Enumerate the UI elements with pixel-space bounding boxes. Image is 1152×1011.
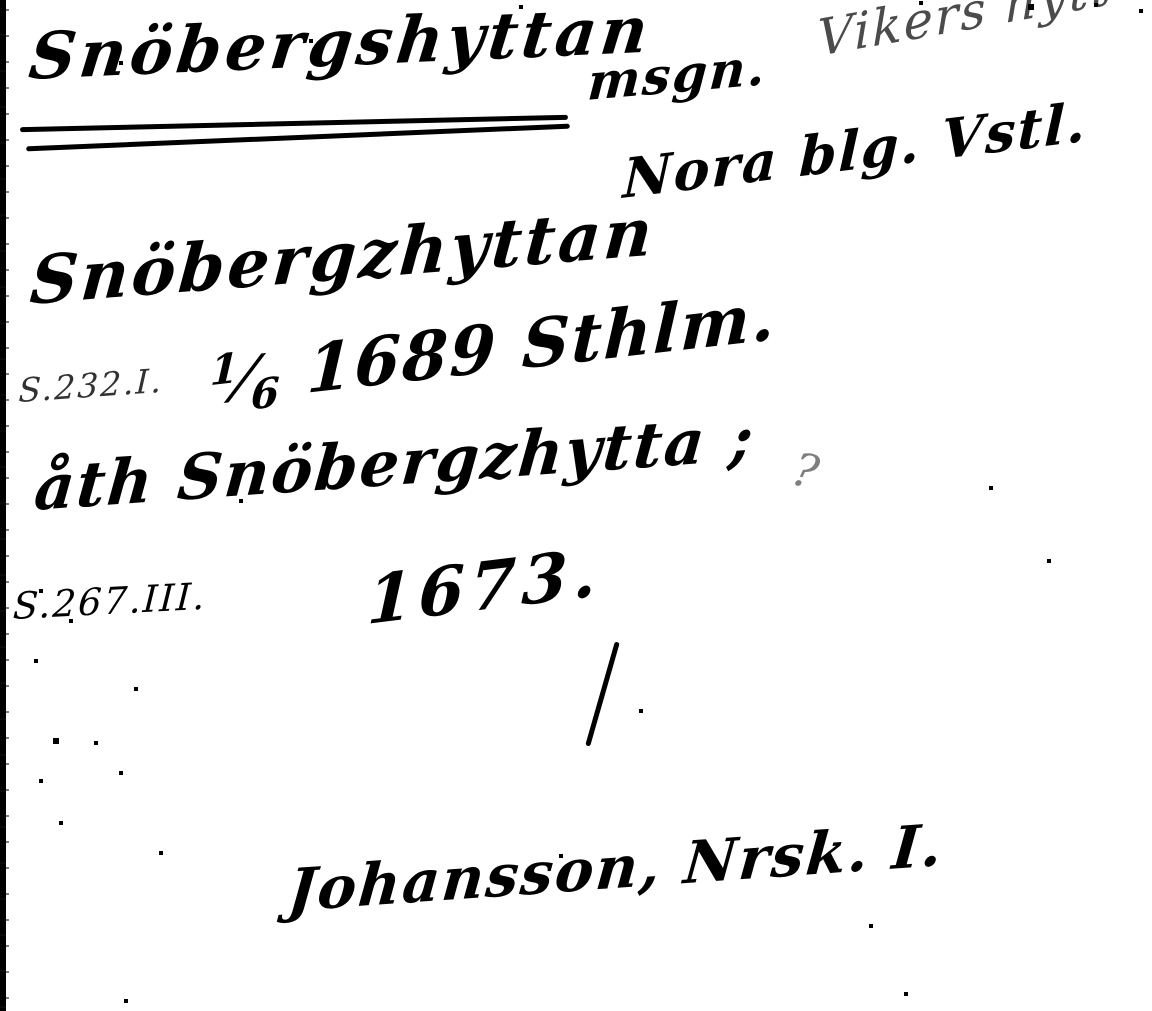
entry-title: Snöbergzhyttan: [28, 198, 658, 314]
date-line: 1⁄6 1689 Sthlm.: [208, 283, 778, 422]
year-line: 1673.: [366, 538, 603, 634]
query-mark: ?: [788, 445, 825, 496]
parish-abbreviation-note: msgn.: [586, 42, 769, 108]
archive-card-scan: Snöbergshyttan msgn. Vikers hytt Nora bl…: [0, 0, 1152, 1011]
date-place: Sthlm.: [521, 277, 779, 385]
scan-edge-line: [0, 0, 6, 1011]
region-note: Nora blg. Vstl.: [622, 94, 1088, 206]
stray-pen-stroke: [585, 641, 620, 746]
scan-speckles: [0, 0, 2, 2]
margin-reference-1: S.232.I.: [18, 364, 164, 407]
date-month: 6: [250, 367, 282, 419]
headword: Snöbergshyttan: [26, 0, 655, 90]
date-year: 1689: [305, 308, 499, 409]
parish-place-note: Vikers hytt: [817, 0, 1113, 64]
ath-line: åth Snöbergzhytta ;: [32, 407, 757, 520]
margin-reference-2: S.267.III.: [12, 578, 207, 625]
source-citation: Johansson, Nrsk. I.: [286, 816, 946, 920]
date-day: 1: [209, 343, 241, 395]
